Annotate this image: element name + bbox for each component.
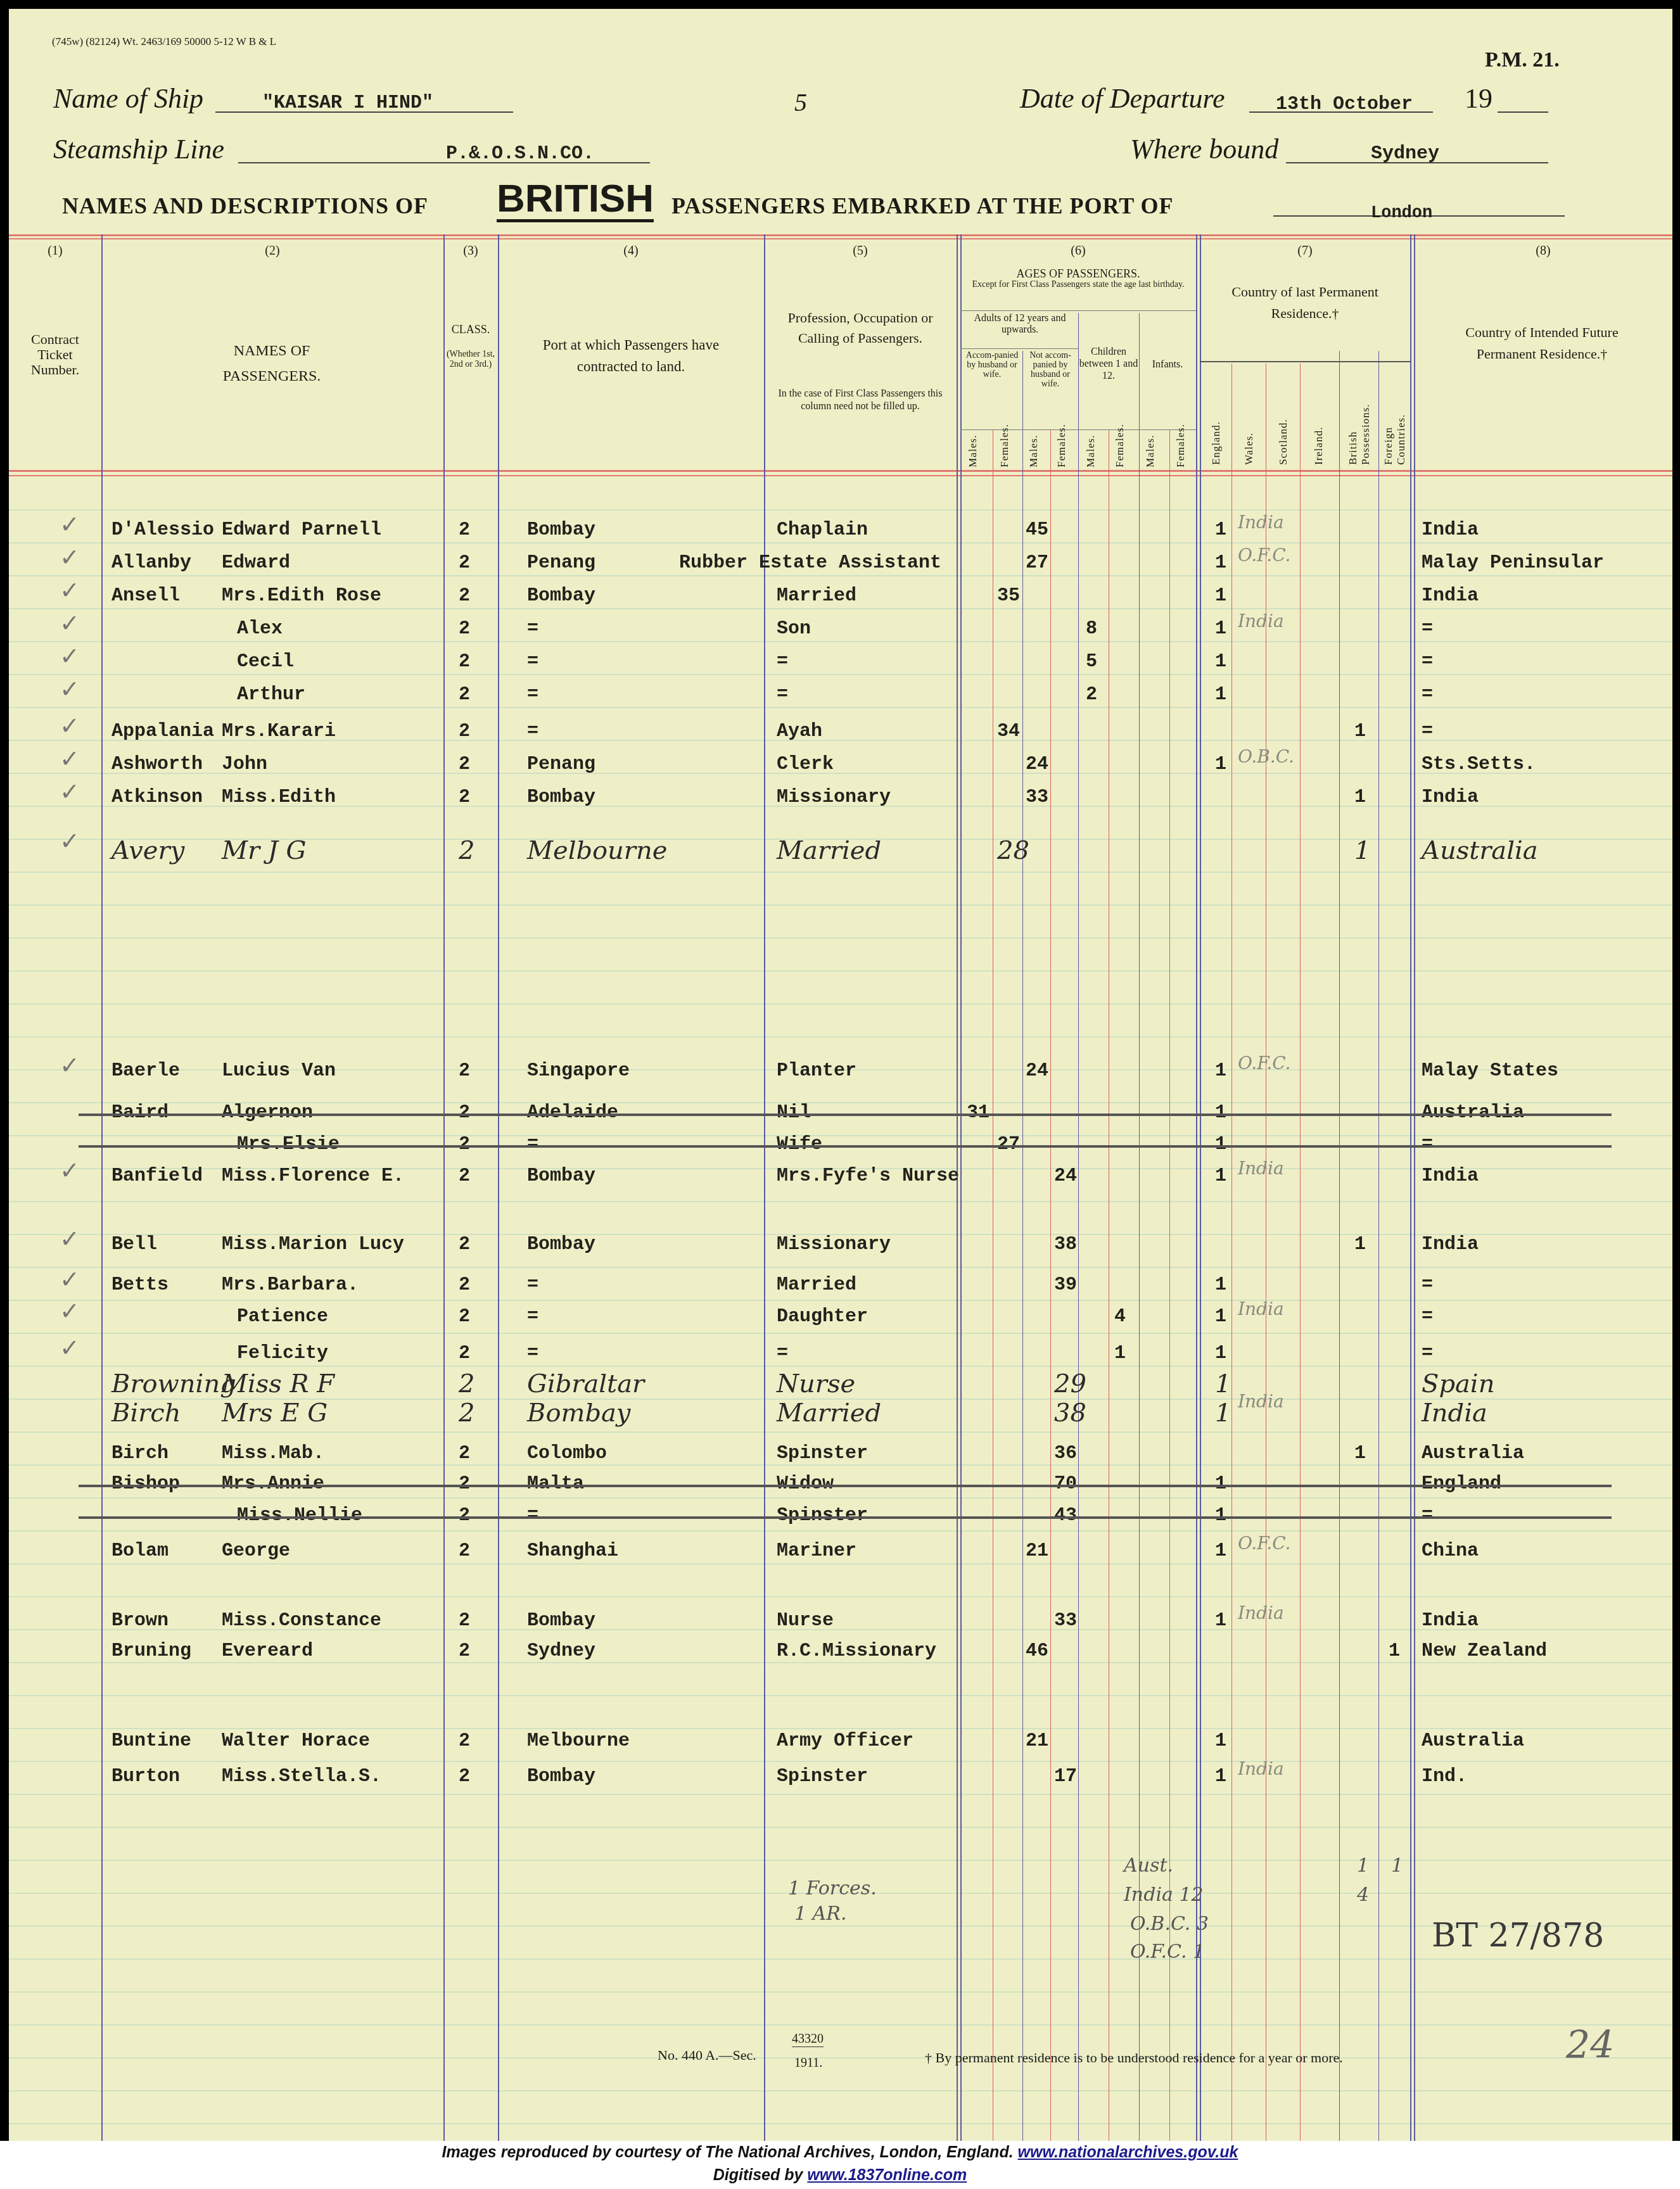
occupation: Son xyxy=(777,618,811,640)
folio-number: 24 xyxy=(1566,2023,1614,2067)
col7-divider xyxy=(1200,361,1410,362)
col1-number: (1) xyxy=(9,243,101,258)
given-names: Miss R F xyxy=(222,1369,334,1399)
given-names: Miss.Florence E. xyxy=(222,1165,404,1187)
col4-number: (4) xyxy=(498,243,764,258)
port-of-landing: = xyxy=(527,1505,538,1526)
residence-mark: 1 xyxy=(1215,1060,1226,1082)
given-names: Mrs.Elsie xyxy=(237,1134,340,1155)
class: 2 xyxy=(459,754,470,775)
check-mark-icon: ✓ xyxy=(60,1297,80,1326)
age-sub-line xyxy=(1109,430,1109,2175)
surname: Atkinson xyxy=(111,787,203,808)
future-residence: Malay Peninsular xyxy=(1422,552,1604,574)
col3-label: CLASS. xyxy=(443,322,498,337)
future-residence: New Zealand xyxy=(1422,1640,1547,1662)
class: 2 xyxy=(459,1306,470,1328)
tally-bp-2: 4 xyxy=(1357,1884,1369,1906)
given-names: Walter Horace xyxy=(222,1730,370,1752)
given-names: Miss.Edith xyxy=(222,787,336,808)
port-of-landing: Bombay xyxy=(527,519,595,541)
residence-note: India xyxy=(1238,512,1284,533)
res-sub-line xyxy=(1378,351,1379,2175)
col6-label: AGES OF PASSENGERS. xyxy=(960,266,1196,281)
adults-label: Adults of 12 years and upwards. xyxy=(962,313,1078,336)
tally-residence-1: Aust. xyxy=(1124,1855,1173,1877)
given-names: Felicity xyxy=(237,1343,328,1364)
occupation: Widow xyxy=(777,1473,834,1495)
surname: Betts xyxy=(111,1274,169,1296)
given-names: Mrs.Karari xyxy=(222,721,336,742)
occupation: Ayah xyxy=(777,721,822,742)
hdr-females: Females. xyxy=(1055,432,1068,467)
port-of-landing: Bombay xyxy=(527,1165,595,1187)
ruled-line xyxy=(9,1366,1672,1367)
col5-number: (5) xyxy=(764,243,957,258)
class: 2 xyxy=(459,1165,470,1187)
res-sub-line xyxy=(1339,351,1340,2175)
residence-mark: 1 xyxy=(1215,1274,1226,1296)
class: 2 xyxy=(459,1610,470,1632)
check-mark-icon: ✓ xyxy=(60,511,80,539)
occupation: Mariner xyxy=(777,1540,856,1562)
occupation: Nil xyxy=(777,1102,811,1124)
given-names: Miss.Nellie xyxy=(237,1505,362,1526)
residence-mark: 1 xyxy=(1215,1730,1226,1752)
ruled-line xyxy=(9,937,1672,939)
form-id: P.M. 21. xyxy=(1485,48,1560,72)
residence-note: O.F.C. xyxy=(1238,1053,1291,1074)
age: 35 xyxy=(997,585,1020,607)
age: 29 xyxy=(1054,1369,1086,1399)
age: 33 xyxy=(1026,787,1048,808)
col-divider-4 xyxy=(764,234,765,2175)
port-of-landing: Gibraltar xyxy=(527,1369,644,1399)
class: 2 xyxy=(459,1234,470,1255)
col2-label: NAMES OF PASSENGERS. xyxy=(193,338,351,389)
col3-sub: (Whether 1st, 2nd or 3rd.) xyxy=(446,350,495,370)
class: 2 xyxy=(459,1473,470,1495)
hdr-females: Females. xyxy=(1174,432,1187,467)
ruled-line xyxy=(9,1563,1672,1564)
age: 34 xyxy=(997,721,1020,742)
ruled-line xyxy=(9,707,1672,708)
age: 17 xyxy=(1054,1766,1077,1787)
ruled-line xyxy=(9,1662,1672,1663)
occupation: Mrs.Fyfe's Nurse xyxy=(777,1165,959,1187)
given-names: Patience xyxy=(237,1306,328,1328)
ruled-line xyxy=(9,542,1672,543)
given-names: Mrs.Annie xyxy=(222,1473,324,1495)
header-rule-top xyxy=(9,234,1672,236)
col5-label: Profession, Occupation or Calling of Pas… xyxy=(770,308,950,348)
tally-occupation-2: 1 AR. xyxy=(794,1903,846,1925)
col7-label: Country of last Permanent Residence.† xyxy=(1219,281,1391,324)
hdr-british-possessions: British Possessions. xyxy=(1347,370,1375,465)
ruled-line xyxy=(9,641,1672,642)
surname: Banfield xyxy=(111,1165,203,1187)
strike-through-line xyxy=(79,1485,1612,1487)
age: 24 xyxy=(1054,1165,1077,1187)
given-names: Lucius Van xyxy=(222,1060,336,1082)
future-residence: China xyxy=(1422,1540,1479,1562)
header-rule-top-2 xyxy=(9,238,1672,239)
residence-mark: 1 xyxy=(1215,1505,1226,1526)
port-of-landing: = xyxy=(527,1134,538,1155)
class: 2 xyxy=(459,787,470,808)
future-residence: Australia xyxy=(1422,1730,1524,1752)
residence-mark: 1 xyxy=(1215,1306,1226,1328)
future-residence: India xyxy=(1422,585,1479,607)
port-of-landing: = xyxy=(527,1306,538,1328)
surname: Appalania xyxy=(111,721,214,742)
bound-label: Where bound xyxy=(1130,133,1278,165)
form-number: No. 440 A.—Sec. xyxy=(658,2047,756,2064)
given-names: Evereard xyxy=(222,1640,313,1662)
class: 2 xyxy=(459,651,470,673)
residence-note: O.B.C. xyxy=(1238,746,1294,767)
class: 2 xyxy=(459,1640,470,1662)
residence-mark: 1 xyxy=(1215,1134,1226,1155)
port-of-landing: Bombay xyxy=(527,1399,630,1428)
class: 2 xyxy=(459,618,470,640)
surname: Buntine xyxy=(111,1730,191,1752)
tally-bp-1: 1 xyxy=(1357,1855,1369,1877)
surname: Browning xyxy=(111,1369,236,1399)
occupation: Rubber Estate Assistant xyxy=(679,552,941,574)
surname: Ansell xyxy=(111,585,180,607)
port-of-landing: Penang xyxy=(527,754,595,775)
class: 2 xyxy=(459,1102,470,1124)
future-residence: Australia xyxy=(1422,1102,1524,1124)
residence-mark: 1 xyxy=(1215,1473,1226,1495)
page-number: 5 xyxy=(794,87,807,117)
age-sub-line xyxy=(993,430,993,2175)
port-of-landing: Melbourne xyxy=(527,1730,630,1752)
age: 5 xyxy=(1086,651,1097,673)
credits-text-2: Digitised by xyxy=(713,2166,803,2184)
future-residence: = xyxy=(1422,1134,1433,1155)
ruled-line xyxy=(9,1695,1672,1696)
age: 28 xyxy=(997,836,1029,865)
age: 70 xyxy=(1054,1473,1077,1495)
title-suffix: PASSENGERS EMBARKED AT THE PORT OF xyxy=(671,193,1174,219)
residence-mark: 1 xyxy=(1354,1443,1366,1464)
residence-note: India xyxy=(1238,1758,1284,1779)
children-label: Children between 1 and 12. xyxy=(1078,346,1139,382)
ruled-line xyxy=(9,1267,1672,1268)
occupation: Spinster xyxy=(777,1443,868,1464)
residence-mark: 1 xyxy=(1354,787,1366,808)
residence-mark: 1 xyxy=(1215,1102,1226,1124)
residence-note: O.F.C. xyxy=(1238,1533,1291,1554)
ruled-line xyxy=(9,1431,1672,1433)
check-mark-icon: ✓ xyxy=(60,576,80,605)
occupation: R.C.Missionary xyxy=(777,1640,936,1662)
class: 2 xyxy=(459,1540,470,1562)
residence-mark: 1 xyxy=(1354,1234,1366,1255)
check-mark-icon: ✓ xyxy=(60,745,80,773)
gender-divider xyxy=(960,429,1196,430)
port-of-landing: Shanghai xyxy=(527,1540,618,1562)
col-divider-1 xyxy=(101,234,103,2175)
hdr-ireland: Ireland. xyxy=(1313,408,1325,465)
check-mark-icon: ✓ xyxy=(60,609,80,638)
class: 2 xyxy=(459,1134,470,1155)
class: 2 xyxy=(459,585,470,607)
national-archives-link[interactable]: www.nationalarchives.gov.uk xyxy=(1018,2143,1238,2161)
ruled-line xyxy=(9,2090,1672,2091)
age-sub-line xyxy=(1050,430,1051,2175)
residence-mark: 1 xyxy=(1215,1766,1226,1787)
age-sub-line xyxy=(1022,351,1023,2175)
ruled-line xyxy=(9,1201,1672,1202)
residence-note: India xyxy=(1238,611,1284,631)
ruled-line xyxy=(9,1827,1672,1828)
col-divider-5b xyxy=(960,234,962,2175)
port-of-landing: Sydney xyxy=(527,1640,595,1662)
ruled-line xyxy=(9,1860,1672,1861)
res-sub-line xyxy=(1266,364,1266,2175)
col6-sub: Except for First Class Passengers state … xyxy=(963,280,1193,290)
class: 2 xyxy=(459,1060,470,1082)
future-residence: = xyxy=(1422,1343,1433,1364)
given-names: Cecil xyxy=(237,651,294,673)
future-residence: India xyxy=(1422,1234,1479,1255)
residence-mark: 1 xyxy=(1215,1540,1226,1562)
occupation: Married xyxy=(777,1274,856,1296)
ruled-line xyxy=(9,509,1672,511)
future-residence: India xyxy=(1422,787,1479,808)
check-mark-icon: ✓ xyxy=(60,778,80,806)
ruled-line xyxy=(9,1958,1672,1960)
check-mark-icon: ✓ xyxy=(60,1225,80,1253)
future-residence: = xyxy=(1422,1306,1433,1328)
port-of-landing: Malta xyxy=(527,1473,584,1495)
header-rule-bottom-2 xyxy=(9,475,1672,476)
header-rule-bottom xyxy=(9,470,1672,472)
col8-number: (8) xyxy=(1414,243,1672,258)
col1-label: Contract Ticket Number. xyxy=(15,332,95,378)
occupation: Nurse xyxy=(777,1610,834,1632)
ruled-line xyxy=(9,1003,1672,1005)
given-names: George xyxy=(222,1540,290,1562)
residence-mark: 1 xyxy=(1215,618,1226,640)
surname: Bishop xyxy=(111,1473,180,1495)
age: 31 xyxy=(967,1102,990,1124)
given-names: Edward Parnell xyxy=(222,519,381,541)
port-of-landing: Melbourne xyxy=(527,836,667,865)
age: 21 xyxy=(1026,1730,1048,1752)
future-residence: Sts.Setts. xyxy=(1422,754,1536,775)
class: 2 xyxy=(459,519,470,541)
residence-mark: 1 xyxy=(1215,754,1226,775)
ruled-line xyxy=(9,1333,1672,1334)
res-sub-line xyxy=(1300,364,1301,2175)
residence-note: India xyxy=(1238,1602,1284,1623)
footnote: † By permanent residence is to be unders… xyxy=(925,2050,1343,2066)
check-mark-icon: ✓ xyxy=(60,675,80,704)
occupation: Spinster xyxy=(777,1505,868,1526)
occupation: Married xyxy=(777,836,881,865)
embark-port: London xyxy=(1371,204,1432,223)
given-names: John xyxy=(222,754,267,775)
ruled-line xyxy=(9,970,1672,972)
surname: Baerle xyxy=(111,1060,180,1082)
occupation: = xyxy=(777,684,788,706)
check-mark-icon: ✓ xyxy=(60,1157,80,1185)
hdr-wales: Wales. xyxy=(1243,414,1256,465)
ruled-line xyxy=(9,674,1672,675)
departure-label: Date of Departure xyxy=(1020,82,1225,115)
future-residence: India xyxy=(1422,519,1479,541)
residence-note: India xyxy=(1238,1391,1284,1412)
tally-fc-1: 1 xyxy=(1391,1855,1403,1877)
port-of-landing: = xyxy=(527,1343,538,1364)
strike-through-line xyxy=(79,1145,1612,1148)
future-residence: Ind. xyxy=(1422,1766,1467,1787)
year-underline xyxy=(1498,110,1548,113)
class: 2 xyxy=(459,1399,474,1428)
surname: Bell xyxy=(111,1234,157,1255)
given-names: Mrs.Barbara. xyxy=(222,1274,359,1296)
check-mark-icon: ✓ xyxy=(60,712,80,740)
credits-bar: Images reproduced by courtesy of The Nat… xyxy=(0,2141,1680,2189)
hdr-females: Females. xyxy=(1114,432,1126,467)
strike-through-line xyxy=(79,1516,1612,1519)
surname: Bruning xyxy=(111,1640,191,1662)
accompanied-label: Accom-panied by husband or wife. xyxy=(962,351,1022,379)
class: 2 xyxy=(459,1274,470,1296)
future-residence: = xyxy=(1422,1505,1433,1526)
occupation: Spinster xyxy=(777,1766,868,1787)
given-names: Miss.Mab. xyxy=(222,1443,324,1464)
occupation: Nurse xyxy=(777,1369,855,1399)
ruled-line xyxy=(9,1728,1672,1729)
surname: Birch xyxy=(111,1443,169,1464)
port-of-landing: = xyxy=(527,618,538,640)
col-divider-3 xyxy=(498,234,499,2175)
online-1837-link[interactable]: www.1837online.com xyxy=(807,2166,967,2184)
fraction-top: 43320 xyxy=(792,2032,824,2047)
check-mark-icon: ✓ xyxy=(60,827,80,856)
port-of-landing: Bombay xyxy=(527,585,595,607)
future-residence: India xyxy=(1422,1399,1487,1428)
check-mark-icon: ✓ xyxy=(60,543,80,572)
printer-code: (745w) (82124) Wt. 2463/169 50000 5-12 W… xyxy=(52,35,276,48)
ruled-line xyxy=(9,2123,1672,2124)
age: 4 xyxy=(1114,1306,1126,1328)
ruled-line xyxy=(9,1036,1672,1037)
res-sub-line xyxy=(1231,364,1232,2175)
age: 27 xyxy=(1026,552,1048,574)
class: 2 xyxy=(459,1443,470,1464)
occupation: Army Officer xyxy=(777,1730,913,1752)
adults-divider xyxy=(960,348,1078,349)
port-of-landing: Bombay xyxy=(527,1234,595,1255)
check-mark-icon: ✓ xyxy=(60,1266,80,1294)
class: 2 xyxy=(459,552,470,574)
strike-through-line xyxy=(79,1114,1612,1116)
port-of-landing: Bombay xyxy=(527,1766,595,1787)
residence-mark: 1 xyxy=(1215,1165,1226,1187)
residence-mark: 1 xyxy=(1354,836,1370,865)
residence-mark: 1 xyxy=(1215,684,1226,706)
future-residence: = xyxy=(1422,684,1433,706)
ruled-line xyxy=(9,1926,1672,1927)
future-residence: = xyxy=(1422,651,1433,673)
given-names: Mrs E G xyxy=(222,1399,328,1428)
surname: D'Alessio xyxy=(111,519,214,541)
year-prefix: 19 xyxy=(1465,82,1492,115)
future-residence: India xyxy=(1422,1165,1479,1187)
age: 1 xyxy=(1114,1343,1126,1364)
residence-mark: 1 xyxy=(1354,721,1366,742)
residence-mark: 1 xyxy=(1215,1343,1226,1364)
not-accompanied-label: Not accom-panied by husband or wife. xyxy=(1022,351,1078,389)
ruled-line xyxy=(9,2057,1672,2059)
steamship-line: P.&.O.S.N.CO. xyxy=(446,143,594,165)
class: 2 xyxy=(459,836,474,865)
hdr-england: England. xyxy=(1210,402,1223,465)
given-names: Miss.Constance xyxy=(222,1610,381,1632)
port-of-landing: Singapore xyxy=(527,1060,630,1082)
age: 21 xyxy=(1026,1540,1048,1562)
port-of-landing: = xyxy=(527,1274,538,1296)
check-mark-icon: ✓ xyxy=(60,1334,80,1362)
title-prefix: NAMES AND DESCRIPTIONS OF xyxy=(62,193,428,219)
given-names: Algernon xyxy=(222,1102,313,1124)
ruled-line xyxy=(9,1464,1672,1466)
age: 39 xyxy=(1054,1274,1077,1296)
age: 45 xyxy=(1026,519,1048,541)
ruled-line xyxy=(9,1530,1672,1532)
age: 2 xyxy=(1086,684,1097,706)
archive-reference: BT 27/878 xyxy=(1432,1917,1604,1955)
check-mark-icon: ✓ xyxy=(60,1051,80,1080)
hdr-males: Males. xyxy=(1085,432,1097,467)
future-residence: Australia xyxy=(1422,836,1538,865)
ruled-line xyxy=(9,1300,1672,1301)
residence-mark: 1 xyxy=(1215,519,1226,541)
given-names: Mr J G xyxy=(222,836,307,865)
future-residence: = xyxy=(1422,618,1433,640)
class: 2 xyxy=(459,1766,470,1787)
residence-mark: 1 xyxy=(1215,585,1226,607)
age: 8 xyxy=(1086,618,1097,640)
port-of-landing: Penang xyxy=(527,552,595,574)
col6-number: (6) xyxy=(960,243,1196,258)
occupation: Daughter xyxy=(777,1306,868,1328)
ruled-line xyxy=(9,1497,1672,1499)
hdr-foreign-countries: Foreign Countries. xyxy=(1382,376,1408,465)
residence-mark: 1 xyxy=(1215,1610,1226,1632)
future-residence: Malay States xyxy=(1422,1060,1558,1082)
age: 43 xyxy=(1054,1505,1077,1526)
future-residence: = xyxy=(1422,721,1433,742)
credits-text-1: Images reproduced by courtesy of The Nat… xyxy=(442,2143,1014,2161)
given-names: Arthur xyxy=(237,684,305,706)
port-of-landing: Adelaide xyxy=(527,1102,618,1124)
occupation: Clerk xyxy=(777,754,834,775)
col-divider-7b xyxy=(1414,234,1415,2175)
class: 2 xyxy=(459,1369,474,1399)
tally-residence-3: O.B.C. 3 xyxy=(1130,1913,1209,1935)
ruled-line xyxy=(9,904,1672,906)
residence-note: India xyxy=(1238,1298,1284,1319)
future-residence: England xyxy=(1422,1473,1501,1495)
future-residence: India xyxy=(1422,1610,1479,1632)
